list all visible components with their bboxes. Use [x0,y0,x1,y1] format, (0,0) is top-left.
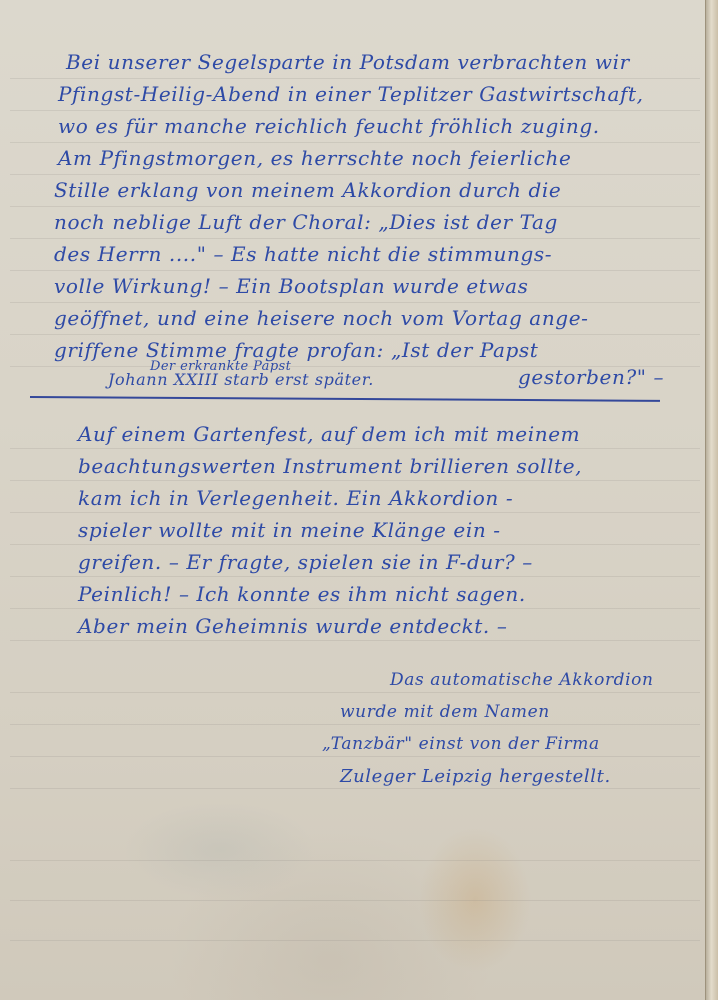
text-line: kam ich in Verlegenheit. Ein Akkordion - [78,488,513,508]
text-line: „Tanzbär" einst von der Firma [322,736,600,753]
ruled-line [10,142,700,143]
text-line: geöffnet, und eine heisere noch vom Vort… [54,308,589,328]
divider-line [30,396,660,402]
ruled-line [10,238,700,239]
ruled-line [10,270,700,271]
notebook-page: Bei unserer Segelsparte in Potsdam verbr… [0,0,718,1000]
text-line: des Herrn ...." – Es hatte nicht die sti… [54,244,552,264]
ruled-line [10,576,700,577]
text-line: Zuleger Leipzig hergestellt. [340,768,611,786]
ruled-line [10,608,700,609]
ruled-line [10,206,700,207]
text-line: Das automatische Akkordion [390,672,654,689]
text-line: beachtungswerten Instrument brillieren s… [78,456,582,476]
ruled-line [10,900,700,901]
footnote-line: Johann XXIII starb erst später. [108,372,374,388]
ruled-line [10,640,700,641]
ruled-line [10,788,700,789]
text-line: wurde mit dem Namen [340,704,550,721]
ruled-line [10,544,700,545]
ruled-line [10,302,700,303]
ruled-line [10,480,700,481]
text-line: griffene Stimme fragte profan: „Ist der … [54,340,538,360]
text-line: Am Pfingstmorgen, es herrschte noch feie… [58,148,571,168]
text-line: Stille erklang von meinem Akkordion durc… [54,180,561,200]
notebook-binding-edge [705,0,718,1000]
text-line: wo es für manche reichlich feucht fröhli… [58,116,600,136]
ruled-line [10,756,700,757]
text-line: greifen. – Er fragte, spielen sie in F-d… [78,552,533,572]
text-line: volle Wirkung! – Ein Bootsplan wurde etw… [54,276,529,296]
ruled-line [10,512,700,513]
ruled-line [10,860,700,861]
text-line: Bei unserer Segelsparte in Potsdam verbr… [66,52,630,72]
ruled-line [10,724,700,725]
text-line: Peinlich! – Ich konnte es ihm nicht sage… [78,584,526,604]
ruled-line [10,110,700,111]
text-line: noch neblige Luft der Choral: „Dies ist … [54,212,558,232]
text-line: Aber mein Geheimnis wurde entdeckt. – [78,616,507,636]
ruled-line [10,940,700,941]
text-line: spieler wollte mit in meine Klänge ein - [78,520,501,540]
ruled-line [10,174,700,175]
ruled-line [10,78,700,79]
text-line: Pfingst-Heilig-Abend in einer Teplitzer … [58,84,644,104]
ruled-line [10,692,700,693]
text-line: gestorben?" – [518,367,664,387]
text-line: Auf einem Gartenfest, auf dem ich mit me… [78,424,580,444]
ruled-line [10,448,700,449]
ruled-line [10,334,700,335]
